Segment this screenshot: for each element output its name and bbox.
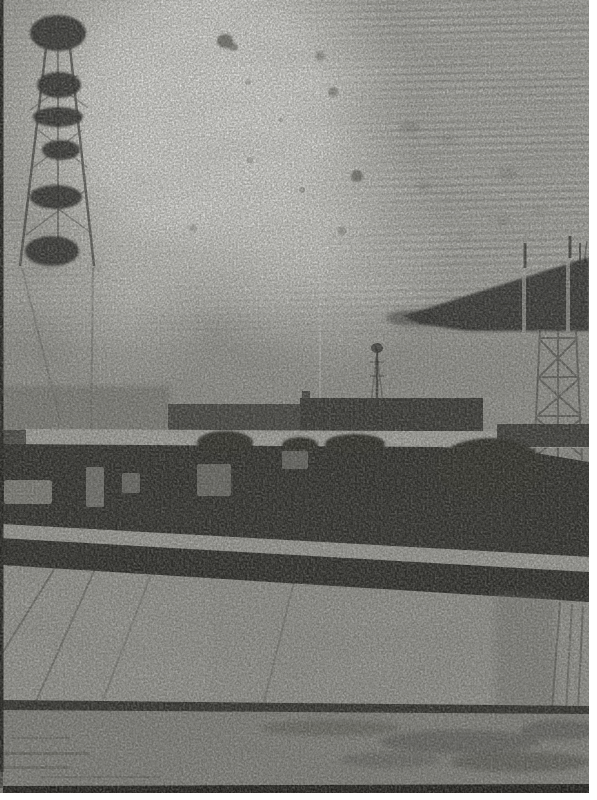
photocopy-blotch [0, 0, 589, 793]
scanned-page [0, 0, 597, 800]
photograph [0, 0, 589, 793]
